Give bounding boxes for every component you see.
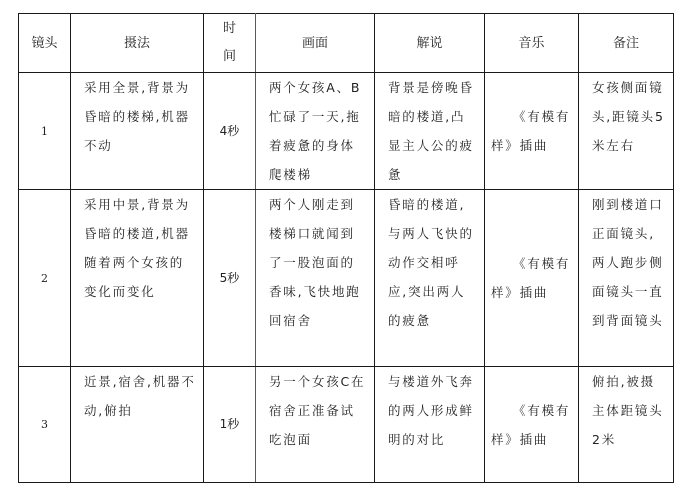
header-notes: 备注 bbox=[579, 14, 674, 73]
header-row: 镜头 摄法 时间 画面 解说 音乐 备注 bbox=[19, 14, 674, 73]
cell-music: 《有模有样》插曲 bbox=[485, 367, 579, 483]
cell-music-line1: 《有模有 bbox=[513, 109, 570, 124]
header-time-line2: 间 bbox=[223, 49, 236, 64]
cell-technique-text: 采用中景,背景为昏暗的楼道,机器随着两个女孩的变化而变化 bbox=[84, 190, 197, 306]
cell-narration: 与楼道外飞奔的两人形成鲜明的对比 bbox=[375, 367, 485, 483]
header-music: 音乐 bbox=[485, 14, 579, 73]
cell-time: 4秒 bbox=[204, 73, 256, 190]
header-time-line1: 时 bbox=[223, 21, 236, 36]
cell-music-line2: 样》插曲 bbox=[491, 432, 548, 447]
cell-music-line2: 样》插曲 bbox=[491, 285, 548, 300]
table-row: 1 采用全景,背景为昏暗的楼梯,机器不动 4秒 两个女孩A、B忙碌了一天,拖着疲… bbox=[19, 73, 674, 190]
cell-music-line2: 样》插曲 bbox=[491, 138, 548, 153]
cell-frame: 另一个女孩C在宿舍正准备试吃泡面 bbox=[256, 367, 375, 483]
header-technique: 摄法 bbox=[71, 14, 204, 73]
cell-narration: 昏暗的楼道,与两人飞快的动作交相呼应,突出两人的疲惫 bbox=[375, 190, 485, 367]
cell-narration: 背景是傍晚昏暗的楼道,凸显主人公的疲惫 bbox=[375, 73, 485, 190]
cell-technique: 近景,宿舍,机器不动,俯拍 bbox=[71, 367, 204, 483]
cell-narration-text: 与楼道外飞奔的两人形成鲜明的对比 bbox=[388, 367, 478, 454]
cell-notes-text: 刚到楼道口正面镜头,两人跑步侧面镜头一直到背面镜头 bbox=[592, 190, 669, 335]
cell-narration-text: 背景是傍晚昏暗的楼道,凸显主人公的疲惫 bbox=[388, 73, 478, 189]
cell-time: 1秒 bbox=[204, 367, 256, 483]
shot-script-table: 镜头 摄法 时间 画面 解说 音乐 备注 1 采用全景,背景为昏暗的楼梯,机器不… bbox=[18, 13, 674, 483]
header-time: 时间 bbox=[204, 14, 256, 73]
cell-frame-text: 另一个女孩C在宿舍正准备试吃泡面 bbox=[269, 367, 368, 454]
cell-music-line1: 《有模有 bbox=[513, 403, 570, 418]
cell-notes: 女孩侧面镜头,距镜头5米左右 bbox=[579, 73, 674, 190]
cell-technique: 采用全景,背景为昏暗的楼梯,机器不动 bbox=[71, 73, 204, 190]
cell-technique-text: 近景,宿舍,机器不动,俯拍 bbox=[84, 367, 197, 425]
cell-frame-text: 两个女孩A、B忙碌了一天,拖着疲惫的身体爬楼梯 bbox=[269, 73, 368, 189]
cell-music: 《有模有样》插曲 bbox=[485, 73, 579, 190]
cell-frame-text: 两个人刚走到楼梯口就闻到了一股泡面的香味,飞快地跑回宿舍 bbox=[269, 190, 368, 335]
cell-music: 《有模有样》插曲 bbox=[485, 190, 579, 367]
cell-shot: 2 bbox=[19, 190, 71, 367]
header-frame: 画面 bbox=[256, 14, 375, 73]
cell-technique: 采用中景,背景为昏暗的楼道,机器随着两个女孩的变化而变化 bbox=[71, 190, 204, 367]
cell-notes-text: 女孩侧面镜头,距镜头5米左右 bbox=[592, 73, 669, 160]
header-narration: 解说 bbox=[375, 14, 485, 73]
cell-technique-text: 采用全景,背景为昏暗的楼梯,机器不动 bbox=[84, 73, 197, 160]
cell-notes: 俯拍,被摄主体距镜头2米 bbox=[579, 367, 674, 483]
cell-notes-text: 俯拍,被摄主体距镜头2米 bbox=[592, 367, 669, 454]
cell-narration-text: 昏暗的楼道,与两人飞快的动作交相呼应,突出两人的疲惫 bbox=[388, 190, 478, 335]
cell-shot: 1 bbox=[19, 73, 71, 190]
cell-frame: 两个女孩A、B忙碌了一天,拖着疲惫的身体爬楼梯 bbox=[256, 73, 375, 190]
cell-frame: 两个人刚走到楼梯口就闻到了一股泡面的香味,飞快地跑回宿舍 bbox=[256, 190, 375, 367]
cell-time: 5秒 bbox=[204, 190, 256, 367]
cell-notes: 刚到楼道口正面镜头,两人跑步侧面镜头一直到背面镜头 bbox=[579, 190, 674, 367]
header-shot: 镜头 bbox=[19, 14, 71, 73]
cell-shot: 3 bbox=[19, 367, 71, 483]
cell-music-line1: 《有模有 bbox=[513, 256, 570, 271]
table-row: 2 采用中景,背景为昏暗的楼道,机器随着两个女孩的变化而变化 5秒 两个人刚走到… bbox=[19, 190, 674, 367]
table-row: 3 近景,宿舍,机器不动,俯拍 1秒 另一个女孩C在宿舍正准备试吃泡面 与楼道外… bbox=[19, 367, 674, 483]
